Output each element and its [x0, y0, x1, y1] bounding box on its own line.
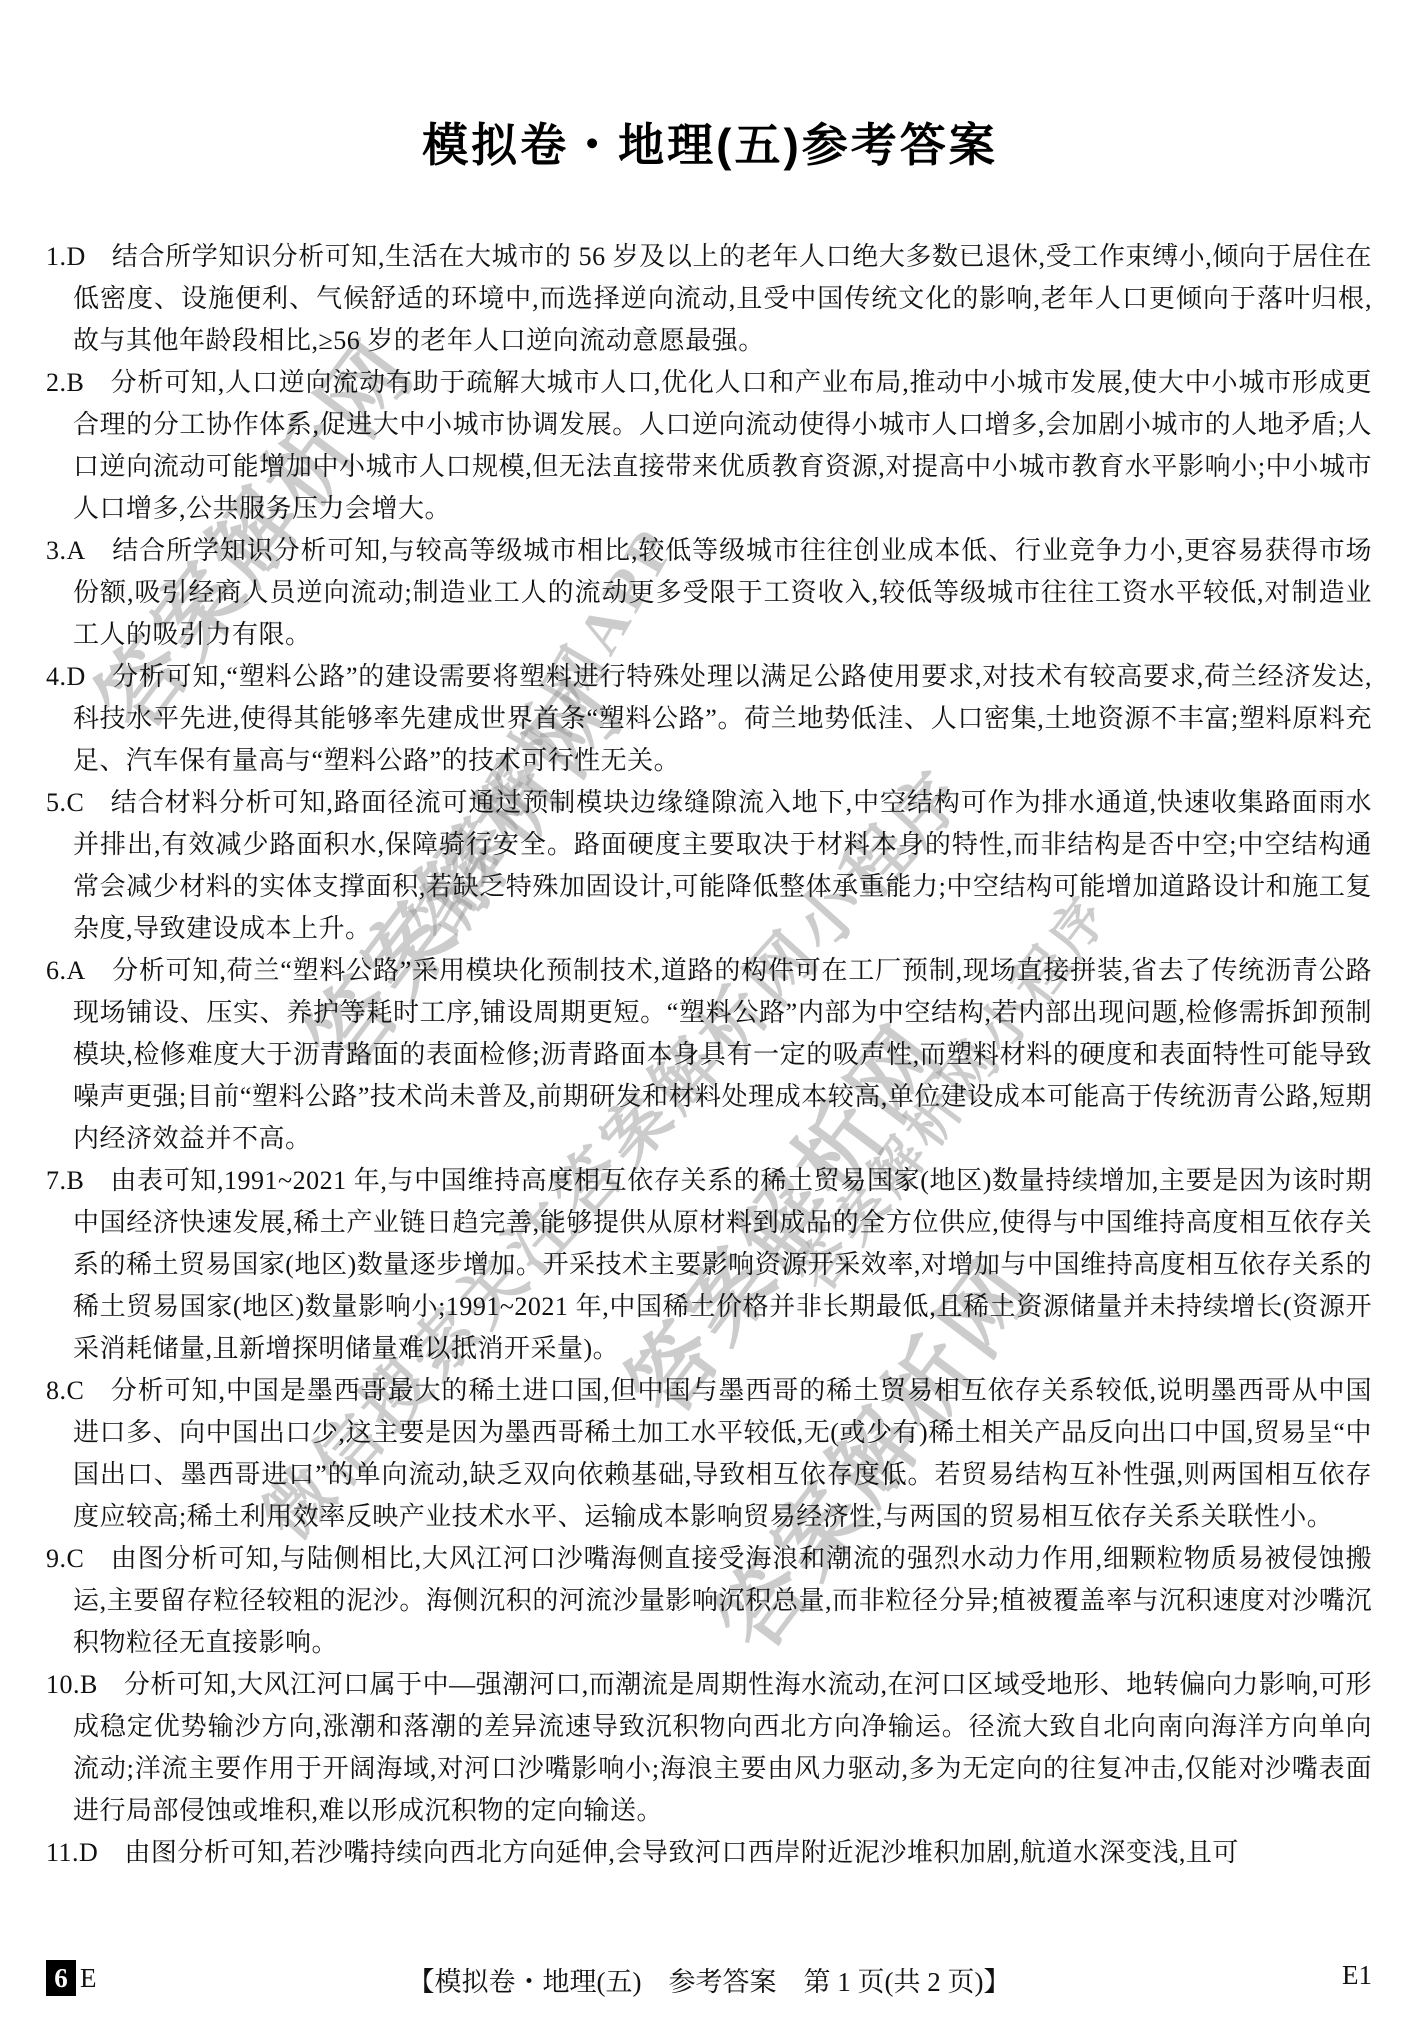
answer-item: 10.B分析可知,大风江河口属于中—强潮河口,而潮流是周期性海水流动,在河口区域… — [46, 1664, 1372, 1832]
answer-item: 5.C结合材料分析可知,路面径流可通过预制模块边缘缝隙流入地下,中空结构可作为排… — [46, 782, 1372, 950]
answers: 1.D结合所学知识分析可知,生活在大城市的 56 岁及以上的老年人口绝大多数已退… — [46, 236, 1372, 1874]
answer-text: 分析可知,“塑料公路”的建设需要将塑料进行特殊处理以满足公路使用要求,对技术有较… — [73, 662, 1372, 775]
answer-number: 7.B — [46, 1166, 84, 1195]
answer-item: 7.B由表可知,1991~2021 年,与中国维持高度相互依存关系的稀土贸易国家… — [46, 1160, 1372, 1370]
answer-text: 分析可知,中国是墨西哥最大的稀土进口国,但中国与墨西哥的稀土贸易相互依存关系较低… — [73, 1376, 1372, 1531]
answer-item: 1.D结合所学知识分析可知,生活在大城市的 56 岁及以上的老年人口绝大多数已退… — [46, 236, 1372, 362]
answer-item: 8.C分析可知,中国是墨西哥最大的稀土进口国,但中国与墨西哥的稀土贸易相互依存关… — [46, 1370, 1372, 1538]
answer-number: 9.C — [46, 1544, 84, 1573]
answer-text: 结合所学知识分析可知,与较高等级城市相比,较低等级城市往往创业成本低、行业竞争力… — [73, 536, 1372, 649]
answer-number: 4.D — [46, 662, 86, 691]
answer-number: 10.B — [46, 1670, 98, 1699]
answer-number: 3.A — [46, 536, 86, 565]
answer-item: 11.D由图分析可知,若沙嘴持续向西北方向延伸,会导致河口西岸附近泥沙堆积加剧,… — [46, 1832, 1372, 1874]
exam-answer-page: 答案解析网答案解析网APP答案解析网微信搜索关注答案解析网小程序答案解析网小程序… — [0, 0, 1420, 2018]
answer-text: 分析可知,大风江河口属于中—强潮河口,而潮流是周期性海水流动,在河口区域受地形、… — [73, 1670, 1372, 1825]
answer-item: 9.C由图分析可知,与陆侧相比,大风江河口沙嘴海侧直接受海浪和潮流的强烈水动力作… — [46, 1538, 1372, 1664]
footer-right-code: E1 — [1342, 1960, 1372, 1991]
answer-number: 1.D — [46, 242, 86, 271]
answer-text: 由图分析可知,与陆侧相比,大风江河口沙嘴海侧直接受海浪和潮流的强烈水动力作用,细… — [73, 1544, 1372, 1657]
answer-text: 分析可知,人口逆向流动有助于疏解大城市人口,优化人口和产业布局,推动中小城市发展… — [73, 368, 1372, 523]
answer-item: 2.B分析可知,人口逆向流动有助于疏解大城市人口,优化人口和产业布局,推动中小城… — [46, 362, 1372, 530]
answer-text: 由表可知,1991~2021 年,与中国维持高度相互依存关系的稀土贸易国家(地区… — [73, 1166, 1372, 1363]
answer-item: 6.A分析可知,荷兰“塑料公路”采用模块化预制技术,道路的构件可在工厂预制,现场… — [46, 950, 1372, 1160]
answer-text: 结合所学知识分析可知,生活在大城市的 56 岁及以上的老年人口绝大多数已退休,受… — [73, 242, 1372, 355]
page-title: 模拟卷・地理(五)参考答案 — [0, 109, 1420, 175]
answer-number: 5.C — [46, 788, 84, 817]
answer-item: 4.D分析可知,“塑料公路”的建设需要将塑料进行特殊处理以满足公路使用要求,对技… — [46, 656, 1372, 782]
page-footer: 6 E 【模拟卷・地理(五) 参考答案 第 1 页(共 2 页)】 E1 — [46, 1960, 1372, 2000]
answer-text: 结合材料分析可知,路面径流可通过预制模块边缘缝隙流入地下,中空结构可作为排水通道… — [73, 788, 1372, 943]
answer-number: 8.C — [46, 1376, 84, 1405]
answer-text: 由图分析可知,若沙嘴持续向西北方向延伸,会导致河口西岸附近泥沙堆积加剧,航道水深… — [124, 1838, 1239, 1867]
answer-item: 3.A结合所学知识分析可知,与较高等级城市相比,较低等级城市往往创业成本低、行业… — [46, 530, 1372, 656]
answer-text: 分析可知,荷兰“塑料公路”采用模块化预制技术,道路的构件可在工厂预制,现场直接拼… — [73, 956, 1372, 1153]
answer-number: 6.A — [46, 956, 86, 985]
footer-center-caption: 【模拟卷・地理(五) 参考答案 第 1 页(共 2 页)】 — [46, 1960, 1372, 1999]
answer-number: 2.B — [46, 368, 84, 397]
answer-number: 11.D — [46, 1838, 98, 1867]
